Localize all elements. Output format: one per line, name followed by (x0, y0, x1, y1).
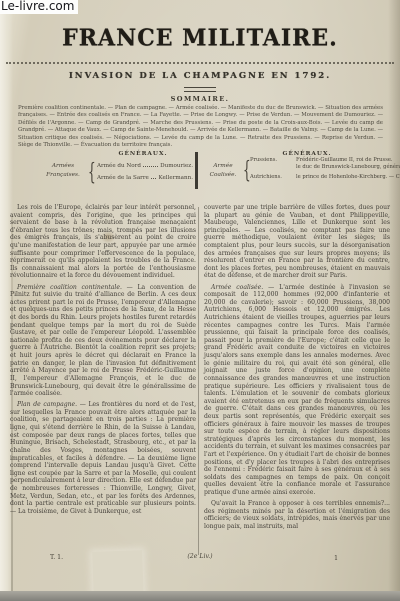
paragraph-text: — Les frontières du nord et de l'est, su… (10, 401, 196, 515)
text-column-right: couverte par une triple barrière de vill… (204, 204, 390, 534)
paragraph: Qu'avait la France à opposer à ces terri… (204, 500, 390, 530)
coalition-army-label: Armée Coalisée. (202, 162, 244, 179)
general-name: Kellermann. (158, 175, 193, 181)
army-name: Armée du Nord (97, 163, 141, 169)
livraison-mark: (2e Liv.) (178, 553, 222, 560)
paragraph-lead: Première coalition continentale. (17, 284, 122, 291)
paragraph-text: Les rois de l'Europe, éclairés par leur … (10, 204, 196, 279)
officer-list: Frédéric-Guillaume II, roi de Prusse. le… (288, 157, 400, 171)
page-number: 1 (334, 554, 338, 562)
paragraph-text: — La convention de Pilnitz fut suivie du… (10, 284, 196, 398)
officer-name: le duc de Brunswick-Lunebourg, généralis… (296, 164, 400, 171)
nation-label: Prussiens. (250, 157, 288, 171)
table-row: Autrichiens. le prince de Hohenlohe-Kirc… (250, 174, 392, 181)
sommaire-text: Première coalition continentale. — Plan … (18, 105, 383, 150)
dot-leader (151, 178, 157, 179)
ornament-rule (184, 87, 216, 92)
table-divider (195, 152, 198, 189)
paragraph-lead: Armée coalisée. (211, 284, 263, 291)
paragraph: Première coalition continentale. — La co… (10, 284, 196, 398)
paragraph-lead: Plan de campagne. (17, 401, 77, 408)
table-row: Armée de la Sarre Kellermann. (97, 175, 193, 181)
sommaire-heading: SOMMAIRE. (0, 95, 400, 103)
paragraph: couverte par une triple barrière de vill… (204, 204, 390, 280)
paragraph-text: — L'armée destinée à l'invasion se compo… (204, 284, 390, 496)
article-title: INVASION DE LA CHAMPAGNE EN 1792. (0, 71, 400, 81)
watermark: Le-livre.com (0, 0, 78, 14)
officer-list: le prince de Hohenlohe-Kirchberg. — Clai… (288, 174, 400, 181)
paragraph: Les rois de l'Europe, éclairés par leur … (10, 204, 196, 280)
dotted-rule (6, 62, 394, 64)
nation-label: Autrichiens. (250, 174, 288, 181)
scan-bottom-edge (0, 591, 400, 601)
coalition-rows: Prussiens. Frédéric-Guillaume II, roi de… (250, 157, 392, 184)
paragraph: Armée coalisée. — L'armée destinée à l'i… (204, 284, 390, 497)
column-rule (198, 207, 199, 555)
french-armies-label: Armées Françaises. (38, 162, 88, 179)
dot-leader (143, 166, 158, 167)
table-row: Prussiens. Frédéric-Guillaume II, roi de… (250, 157, 392, 171)
table-row: Armée du Nord Dumouriez. (97, 163, 193, 169)
brace-french: { (88, 159, 96, 185)
text-column-left: Les rois de l'Europe, éclairés par leur … (10, 204, 196, 519)
generals-header-french: GÉNÉRAUX. (98, 151, 188, 157)
page-content: FRANCE MILITAIRE. INVASION DE LA CHAMPAG… (0, 0, 400, 601)
paragraph-text: couverte par une triple barrière de vill… (204, 204, 390, 279)
officer-name: Frédéric-Guillaume II, roi de Prusse. (296, 157, 400, 164)
army-name: Armée de la Sarre (97, 175, 149, 181)
general-name: Dumouriez. (160, 163, 193, 169)
paragraph-text: Qu'avait la France à opposer à ces terri… (204, 500, 390, 530)
tome-mark: T. 1. (50, 554, 63, 561)
officer-name: le prince de Hohenlohe-Kirchberg. — Clai… (296, 174, 400, 181)
french-armies-rows: Armée du Nord Dumouriez. Armée de la Sar… (97, 163, 193, 186)
masthead-title: FRANCE MILITAIRE. (0, 24, 400, 52)
paragraph: Plan de campagne. — Les frontières du no… (10, 401, 196, 515)
